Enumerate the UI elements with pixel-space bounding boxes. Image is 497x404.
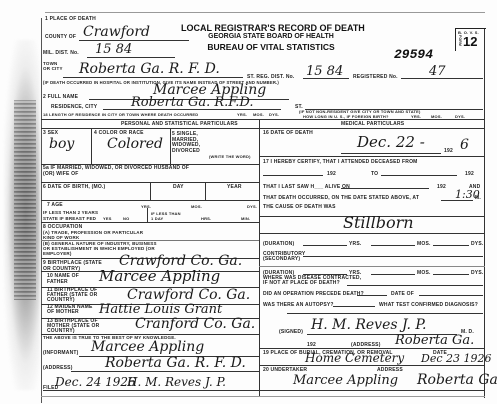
form-title: LOCAL REGISTRAR'S RECORD OF DEATH — [181, 23, 361, 33]
section-header-line — [41, 128, 485, 129]
date-of-line — [419, 295, 483, 296]
mil-dist-label: MIL. DIST. No. — [43, 50, 79, 56]
address-value: Roberta Ga. R. F. D. — [105, 357, 246, 370]
duration-yrs-line-1 — [303, 245, 347, 246]
mil-dist-underline — [87, 57, 175, 58]
age-mos: MOS. — [191, 204, 202, 210]
death-certificate-scan: 1 PLACE OF DEATH LOCAL REGISTRAR'S RECOR… — [0, 0, 497, 404]
burial-line — [259, 365, 485, 366]
medical-section-title: MEDICAL PARTICULARS — [341, 121, 404, 127]
length-mos: MOS. — [253, 112, 264, 118]
duration-mos-2: MOS. — [417, 270, 431, 276]
form-subtitle: GEORGIA STATE BOARD OF HEALTH — [181, 33, 361, 40]
mil-dist-value: 15 84 — [95, 43, 132, 56]
duration-yrs-1: YRS. — [349, 241, 361, 247]
autopsy-line — [333, 306, 375, 307]
last-saw-underline — [341, 188, 429, 189]
address-underline — [71, 371, 259, 372]
mother-name-label: 12 MAIDEN NAME OF MOTHER — [47, 305, 97, 315]
county-value: Crawford — [83, 26, 150, 39]
mother-birthplace-label: 13 BIRTHPLACE OF MOTHER (STATE OR COUNTR… — [47, 319, 107, 334]
registered-value: 47 — [429, 65, 446, 78]
burial-value: Home Cemetery — [305, 352, 404, 365]
operation-label: DID AN OPERATION PRECEDE DEATH? — [263, 291, 364, 297]
from-underline — [263, 175, 323, 176]
contributory-line — [303, 256, 483, 257]
full-name-label: 2 FULL NAME — [43, 94, 78, 100]
from-year: 192 — [327, 171, 336, 177]
dob-divider-1 — [150, 182, 151, 200]
town-underline — [63, 77, 243, 78]
county-underline — [79, 40, 189, 41]
duration-label-1: (DURATION) — [263, 241, 294, 247]
trade-label: (A) TRADE, PROFESSION OR PARTICULAR KIND… — [43, 230, 153, 240]
residence-label: RESIDENCE, CITY — [51, 104, 97, 110]
certificate-number: 29594 — [394, 47, 433, 62]
time-underline — [441, 200, 473, 201]
informant-label: (INFORMANT) — [43, 350, 79, 356]
date-death-year: 6 — [460, 139, 469, 152]
spouse-label: 5a IF MARRIED, WIDOWED, OR DIVORCED HUSB… — [43, 166, 193, 177]
signed-value: H. M. Reves J. P. — [311, 319, 426, 332]
dob-label: 6 DATE OF BIRTH, (MO.) — [43, 184, 105, 190]
color-marital-divider — [170, 128, 171, 164]
form-bureau: BUREAU OF VITAL STATISTICS — [181, 42, 361, 52]
place-of-death-label: 1 PLACE OF DEATH — [45, 16, 96, 22]
registered-label: REGISTERED No. — [353, 74, 398, 80]
filed-value: Dec. 24 1926 — [55, 376, 136, 389]
contracted-line — [347, 285, 483, 286]
death-occurred-label: THAT DEATH OCCURRED, ON THE DATE STATED … — [263, 195, 419, 201]
certify-label: 17 I HEREBY CERTIFY, THAT I ATTENDED DEC… — [263, 159, 418, 165]
column-divider — [259, 120, 260, 396]
duration-dys-1: DYS. — [471, 241, 483, 247]
death-time-suffix: M. — [475, 195, 481, 201]
undertaker-address-value: Roberta Ga. — [417, 374, 497, 387]
town-value: Roberta Ga. R. F. D. — [79, 63, 220, 76]
filed-underline — [43, 390, 259, 391]
dob-divider-2 — [205, 182, 206, 200]
to-year: 192 — [465, 171, 474, 177]
length-residence-label: 18 LENGTH OF RESIDENCE IN CITY OR TOWN W… — [43, 112, 198, 118]
duration-mos-line-2 — [371, 274, 415, 275]
duration-mos-1: MOS. — [417, 241, 431, 247]
father-birthplace-label: 11 BIRTHPLACE OF FATHER (STATE OR COUNTR… — [47, 288, 107, 303]
duration-mos-line-1 — [371, 245, 415, 246]
bottom-border — [41, 396, 485, 397]
date-death-label: 16 DATE OF DEATH — [263, 130, 313, 136]
mother-name-value: Hattie Louis Grant — [99, 303, 222, 316]
father-birthplace-value: Crawford Co. Ga. — [127, 289, 250, 302]
date-death-underline — [341, 153, 441, 154]
length-row-line — [41, 119, 485, 120]
father-name-label: 10 NAME OF FATHER — [47, 273, 83, 285]
form-number-box: B. O. V. S. FORM 12 — [455, 28, 486, 51]
cause-line-2 — [259, 233, 485, 234]
informant-value: Marcee Appling — [91, 341, 204, 354]
registrar-value: H. M. Reves J. P. — [127, 376, 226, 389]
undertaker-line — [259, 390, 485, 391]
cause-label: THE CAUSE OF DEATH WAS — [263, 204, 336, 210]
sex-value: boy — [49, 138, 74, 151]
dob-year-label: YEAR — [227, 184, 242, 190]
med-address-value: Roberta Ga. — [395, 334, 474, 347]
personal-section-title: PERSONAL AND STATISTICAL PARTICULARS — [121, 121, 238, 127]
to-label: TO — [371, 171, 378, 177]
dob-day-label: DAY — [173, 184, 184, 190]
operation-line — [357, 295, 387, 296]
med-line-1 — [259, 156, 485, 157]
right-border — [484, 28, 485, 398]
last-saw-label: THAT I LAST SAW H___ ALIVE ON — [263, 184, 350, 190]
row-line-4 — [41, 222, 259, 223]
town-label: TOWN OR CITY — [43, 61, 63, 71]
reg-dist-underline — [303, 78, 349, 79]
test-label: WHAT TEST CONFIRMED DIAGNOSIS? — [379, 302, 485, 309]
duration-dys-line-1 — [433, 245, 469, 246]
sex-color-divider — [91, 128, 92, 164]
father-name-value: Marcee Appling — [99, 270, 220, 283]
date-death-value: Dec. 22 - — [357, 136, 425, 149]
age-label: 7 AGE — [47, 202, 63, 208]
test-line — [287, 313, 483, 314]
lt1day-label: IF LESS THAN 1 DAY — [151, 211, 183, 221]
length-yrs: YRS. — [237, 112, 247, 118]
date-death-year-prefix: 192 — [444, 148, 453, 154]
burial-date-value: Dec 23 1926 — [421, 352, 491, 365]
address-label: (ADDRESS) — [43, 365, 73, 371]
contributory-line-2 — [259, 266, 485, 267]
residence-underline — [103, 109, 281, 110]
contributory-label: CONTRIBUTORY (SECONDARY) — [263, 252, 313, 262]
to-underline — [381, 175, 457, 176]
length-dys: DYS. — [269, 112, 279, 118]
certificate-form: 1 PLACE OF DEATH LOCAL REGISTRAR'S RECOR… — [41, 8, 485, 400]
marital-label: 5 SINGLE, MARRIED, WIDOWED, DIVORCED — [172, 132, 214, 154]
duration-dys-2: DYS. — [471, 270, 483, 276]
color-value: Colored — [107, 138, 163, 151]
last-saw-year: 192 — [437, 184, 446, 190]
med-line-signed — [259, 348, 485, 349]
marital-note: (WRITE THE WORD) — [209, 154, 251, 160]
age-dys: DYS. — [247, 204, 257, 210]
top-border — [45, 12, 485, 13]
form-number: 12 — [463, 34, 477, 49]
residence-value: Roberta Ga. R.F.D. — [131, 96, 254, 109]
registered-underline — [401, 78, 483, 79]
duration-dys-line-2 — [433, 274, 469, 275]
reg-dist-value: 15 84 — [306, 65, 343, 78]
autopsy-label: WAS THERE AN AUTOPSY? — [263, 302, 334, 308]
cause-value: Stillborn — [343, 216, 414, 229]
mother-birthplace-value: Cranford Co. Ga. — [135, 318, 255, 331]
date-of-label: DATE OF — [391, 291, 414, 297]
row-line-3 — [41, 200, 259, 201]
county-label: COUNTY OF — [45, 34, 76, 40]
torn-edge-texture — [14, 100, 36, 300]
lt1day-divider — [147, 208, 148, 222]
signed-label: (SIGNED) — [279, 329, 303, 335]
left-border — [41, 18, 42, 403]
undertaker-value: Marcee Appling — [293, 374, 398, 387]
